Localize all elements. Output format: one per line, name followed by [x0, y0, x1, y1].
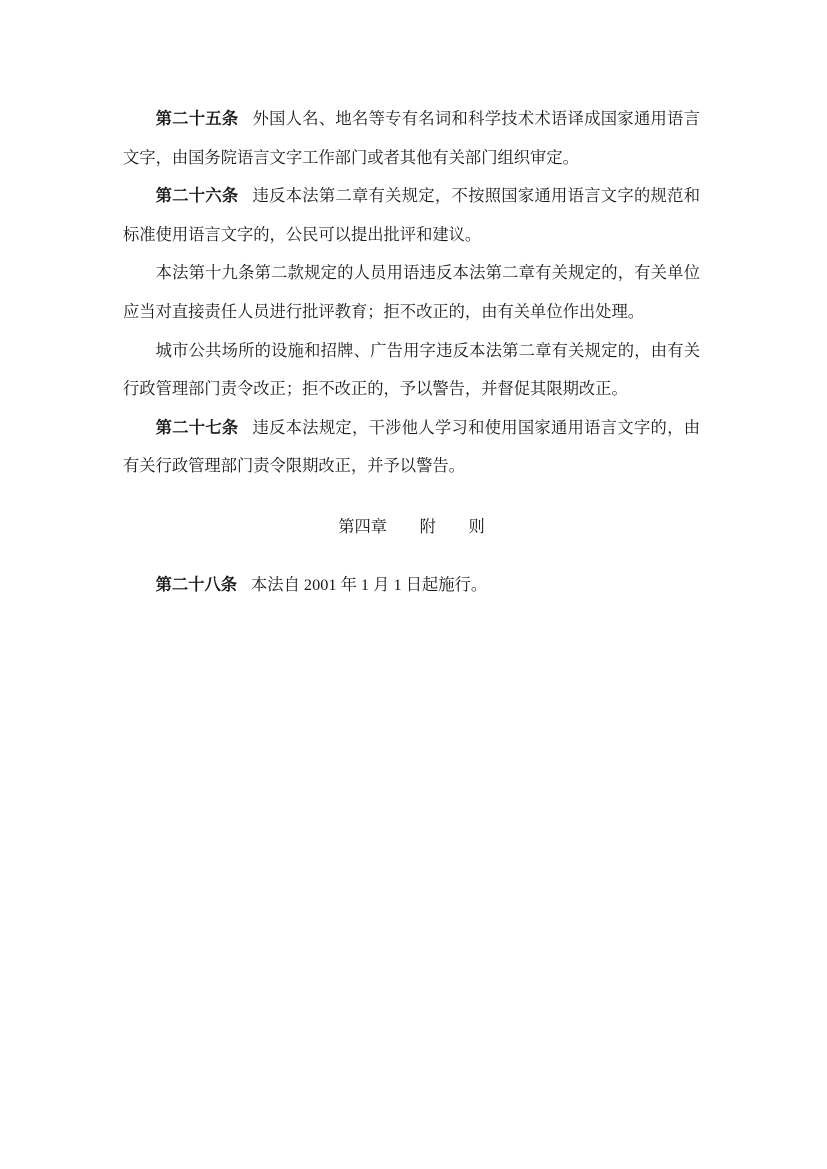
article-text: 本法自 2001 年 1 月 1 日起施行。 — [251, 575, 487, 594]
document-page: 第二十五条外国人名、地名等专有名词和科学技术术语译成国家通用语言文字，由国务院语… — [0, 0, 827, 1169]
paragraph-article-25: 第二十五条外国人名、地名等专有名词和科学技术术语译成国家通用语言文字，由国务院语… — [123, 100, 700, 177]
paragraph-article-28: 第二十八条本法自 2001 年 1 月 1 日起施行。 — [123, 566, 700, 605]
paragraph-clause: 本法第十九条第二款规定的人员用语违反本法第二章有关规定的，有关单位应当对直接责任… — [123, 254, 700, 331]
clause-text: 本法第十九条第二款规定的人员用语违反本法第二章有关规定的，有关单位应当对直接责任… — [123, 263, 700, 321]
paragraph-article-26: 第二十六条违反本法第二章有关规定，不按照国家通用语言文字的规范和标准使用语言文字… — [123, 177, 700, 254]
article-number: 第二十六条 — [156, 186, 239, 205]
document-body: 第二十五条外国人名、地名等专有名词和科学技术术语译成国家通用语言文字，由国务院语… — [0, 0, 700, 604]
clause-text: 城市公共场所的设施和招牌、广告用字违反本法第二章有关规定的，由有关行政管理部门责… — [123, 341, 700, 399]
chapter-heading: 第四章 附 则 — [123, 508, 700, 547]
article-number: 第二十五条 — [156, 109, 239, 128]
paragraph-clause: 城市公共场所的设施和招牌、广告用字违反本法第二章有关规定的，由有关行政管理部门责… — [123, 332, 700, 409]
paragraph-article-27: 第二十七条违反本法规定，干涉他人学习和使用国家通用语言文字的，由有关行政管理部门… — [123, 409, 700, 486]
article-number: 第二十八条 — [156, 575, 237, 594]
article-number: 第二十七条 — [156, 418, 239, 437]
